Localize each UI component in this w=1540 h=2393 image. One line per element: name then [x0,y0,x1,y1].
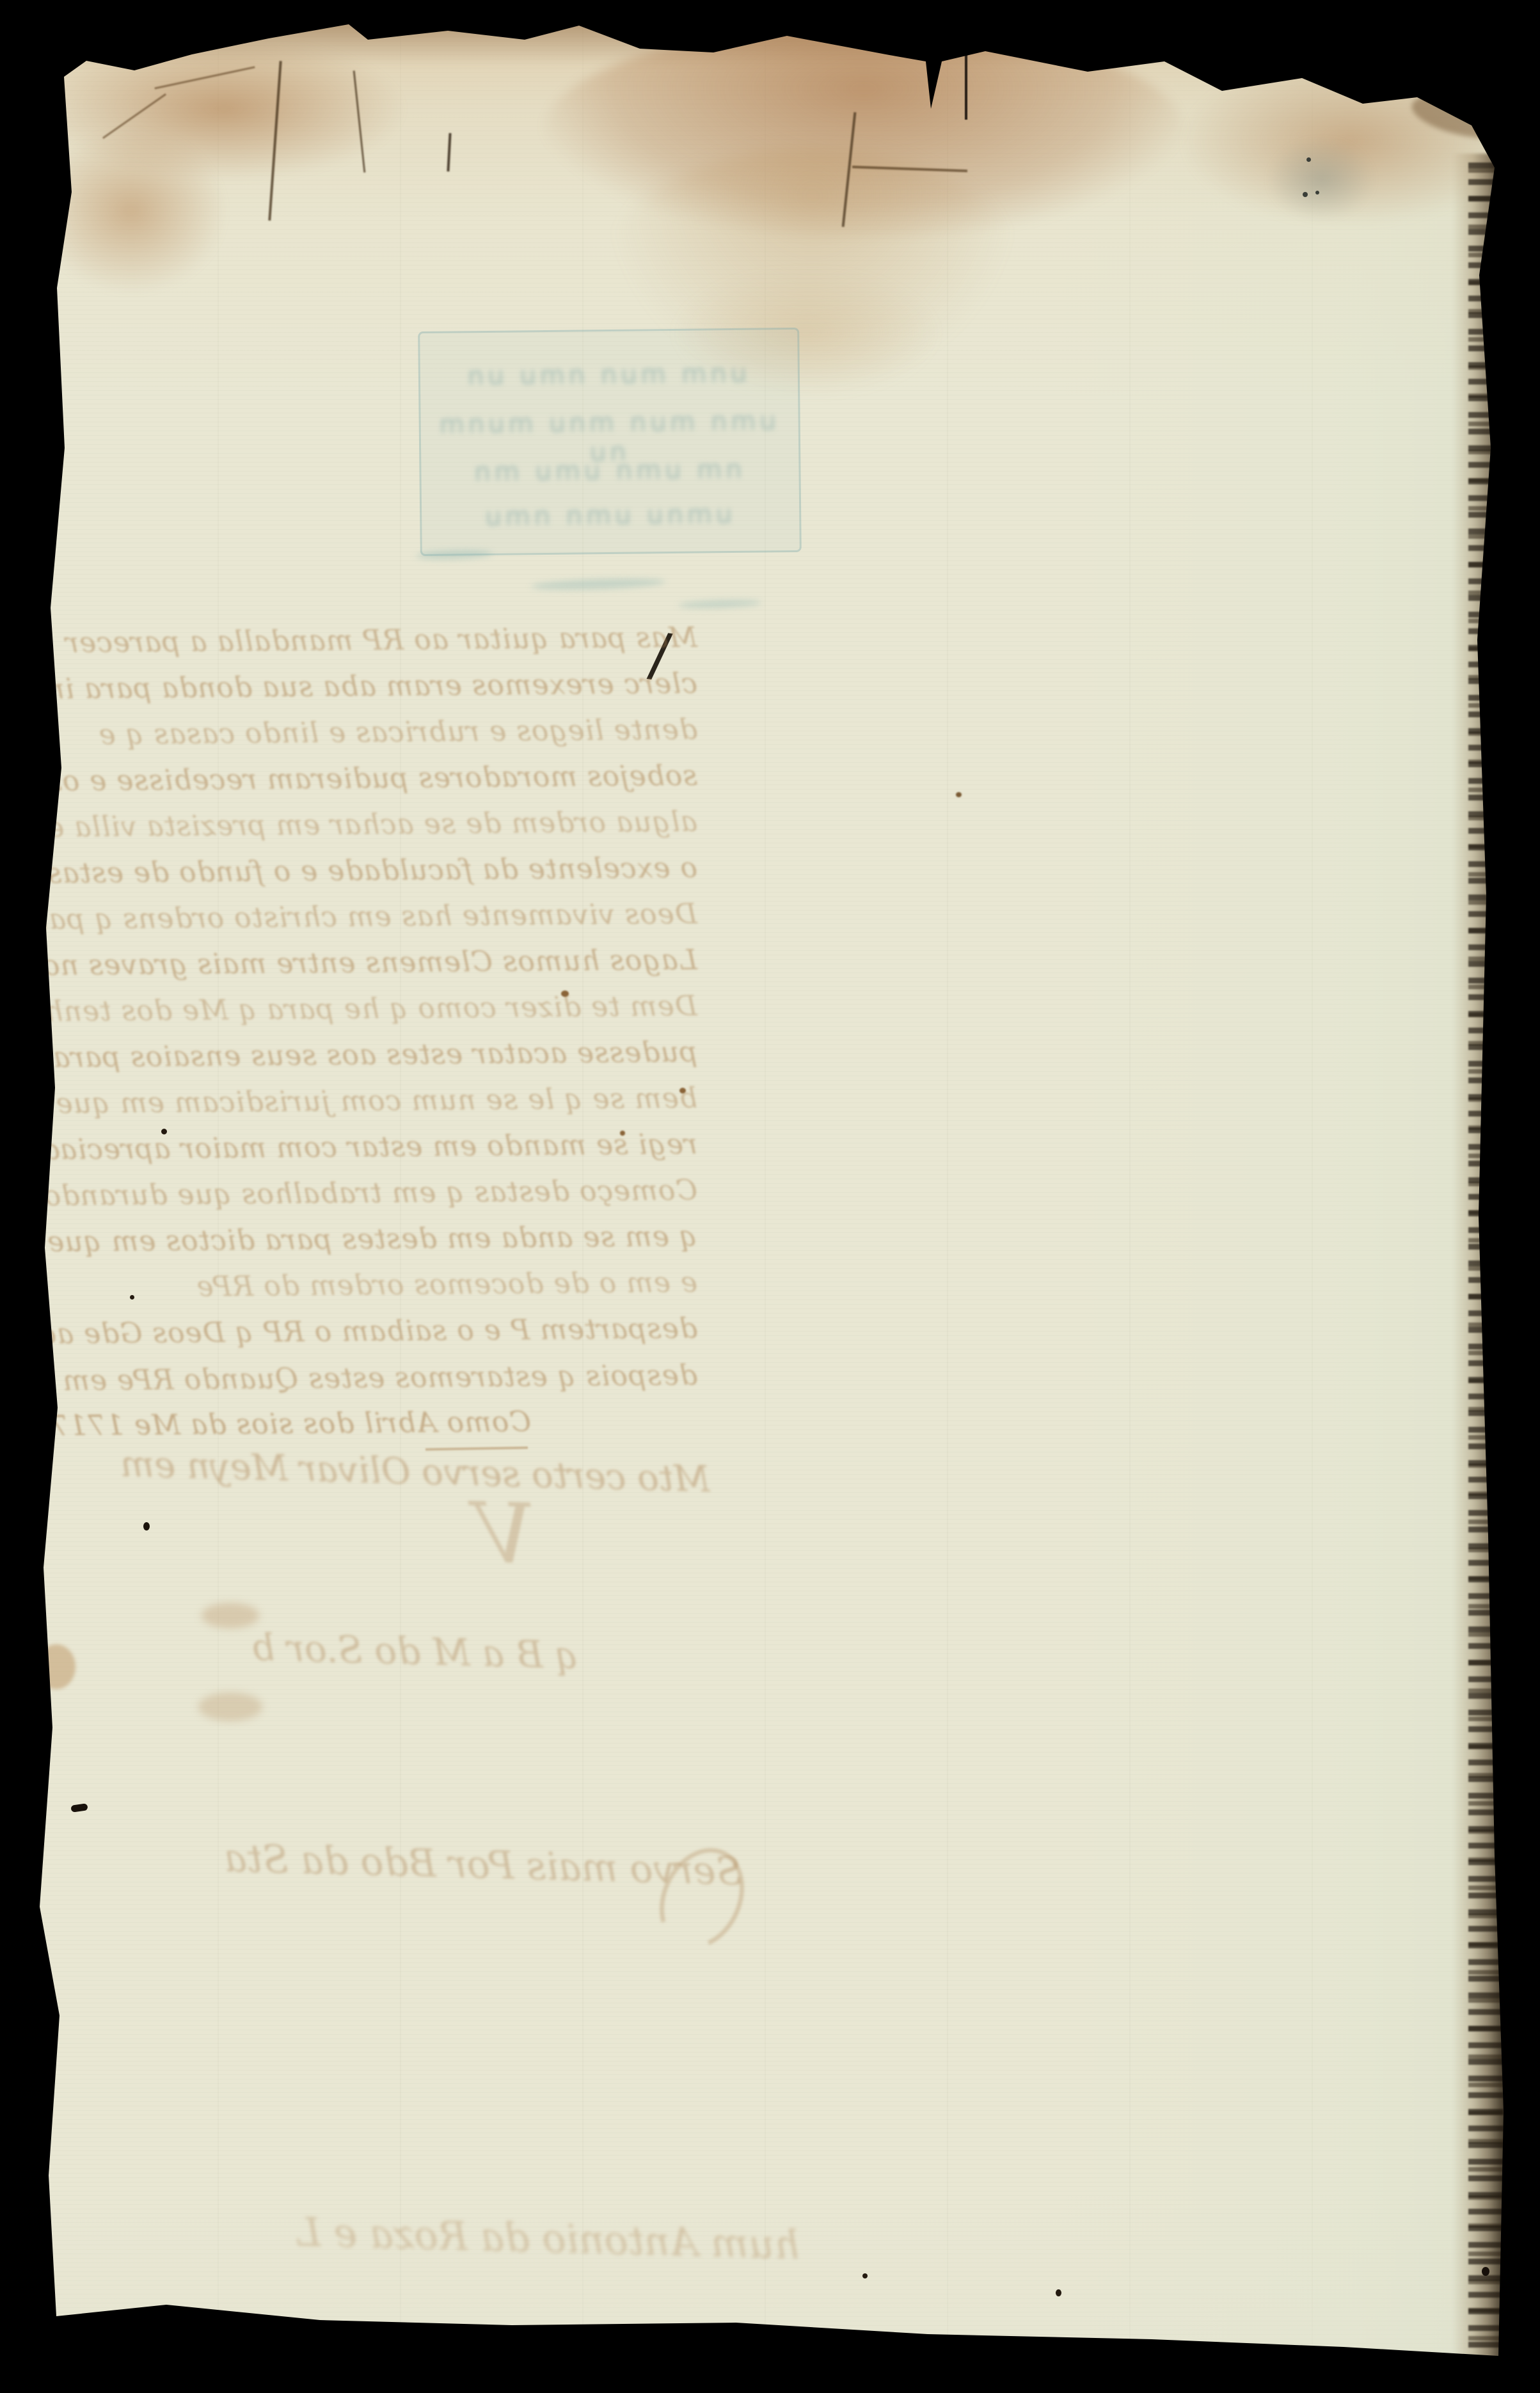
ink-speck [1303,192,1308,197]
bleedthrough-line: sobejos moradores pudieram recebisse e o… [96,759,697,797]
ink-speck [1315,191,1319,195]
tear-crack-line [353,70,366,172]
bleedthrough-line: regi se mando em estar com maior aprecia… [96,1128,697,1166]
scan-background: nu umn num mnu mnum unm num nmu un nm um… [0,0,1540,2393]
left-edge-flap-stain [37,1644,75,1689]
bleedthrough-footer-line: hum Antonio da Roza e L [210,2206,800,2268]
tear-crack-line [447,133,451,171]
bleedthrough-signature: Servo mais Por Bdo da Sta [230,1836,743,1895]
bleedthrough-line: dente liegos e rubricas e lindo casas q … [96,713,697,751]
right-edge-decay-band [1452,154,1510,2364]
bleedthrough-line: Lagos humos Clemens entre mais graves no… [96,944,697,982]
manuscript-page: nu umn num mnu mnum unm num nmu un nm um… [35,14,1504,2359]
stamp-ink-streak [678,599,761,610]
tear-crack-line [268,61,282,221]
bleedthrough-line: algua ordem de se achar em prezista vill… [96,806,697,843]
foxing-smudge-b [198,1692,262,1721]
bleedthrough-line: clerc erexemos eram aba sua donda para i… [96,667,697,705]
signature-flourish-v: V [431,1483,536,1583]
bleedthrough-line: Mas para quitar ao RP mandalla a parecer [96,621,697,659]
blue-ink-stamp: nu umn num mnu mnum unm num nmu un nm um… [418,328,802,556]
bleedthrough-date-line: Como Abril dos sios da Me 1717 [211,1406,531,1441]
tear-crack-line [1469,83,1476,112]
stamp-text-row: umn nmu unmu [422,499,799,532]
right-edge-speckles [1468,154,1504,2364]
ink-hole [862,2273,868,2278]
bleedthrough-line: despartem P e o saibam o RP q Deos Gde a… [96,1312,697,1350]
bleedthrough-line: Começo destas q em trabalhos que durando… [96,1174,697,1212]
bleedthrough-line: o excelente da faculdade e o fundo de es… [96,852,697,889]
stain-top-left-flap [45,38,403,179]
stamp-ink-streak [531,576,665,591]
ink-hole [143,1522,150,1530]
ink-hole-dash [70,1803,88,1813]
bleedthrough-line: q em se anda em destes para dictos em qu… [96,1220,697,1258]
date-underline [425,1447,528,1451]
ink-hole [1056,2289,1061,2296]
foxing-speck [956,792,962,797]
stamp-text-row: nm umu nmu mn [421,454,798,488]
top-right-corner-darkening [1408,86,1523,147]
tear-crack-line [965,52,967,120]
bleedthrough-line: Deos vivamente has em christo ordens q p… [96,898,697,935]
ink-smudge-gray [1267,138,1376,221]
stamp-text-row: nu umn num mnu [420,358,798,392]
water-stain-top-center [544,26,1184,237]
ink-speck [1306,157,1311,162]
bleedthrough-line: e em o de docemos ordem do RPe [96,1266,697,1304]
bleedthrough-line: pudesse acatar estes aos seus ensaios pa… [96,1036,697,1074]
bleedthrough-line: bem se q le se num com jurisdicam em que… [96,1082,697,1120]
flap-fold-line [102,93,166,139]
stain-left-flap-lower [35,128,227,294]
flap-fold-line [154,66,255,89]
tear-crack-line [852,166,967,172]
bleedthrough-indent-line: despois q estaremos estes Quando RPe em [256,1359,697,1395]
tear-crack-line [842,112,857,227]
bleedthrough-line: Dem te dizer como q he para q Me dos ten… [96,990,697,1028]
top-edge-stain-band [38,14,1472,65]
stain-top-right-band [1184,58,1516,224]
bleedthrough-signature: q B a M do S.or b [163,1623,580,1678]
ink-hole [1482,2267,1489,2276]
